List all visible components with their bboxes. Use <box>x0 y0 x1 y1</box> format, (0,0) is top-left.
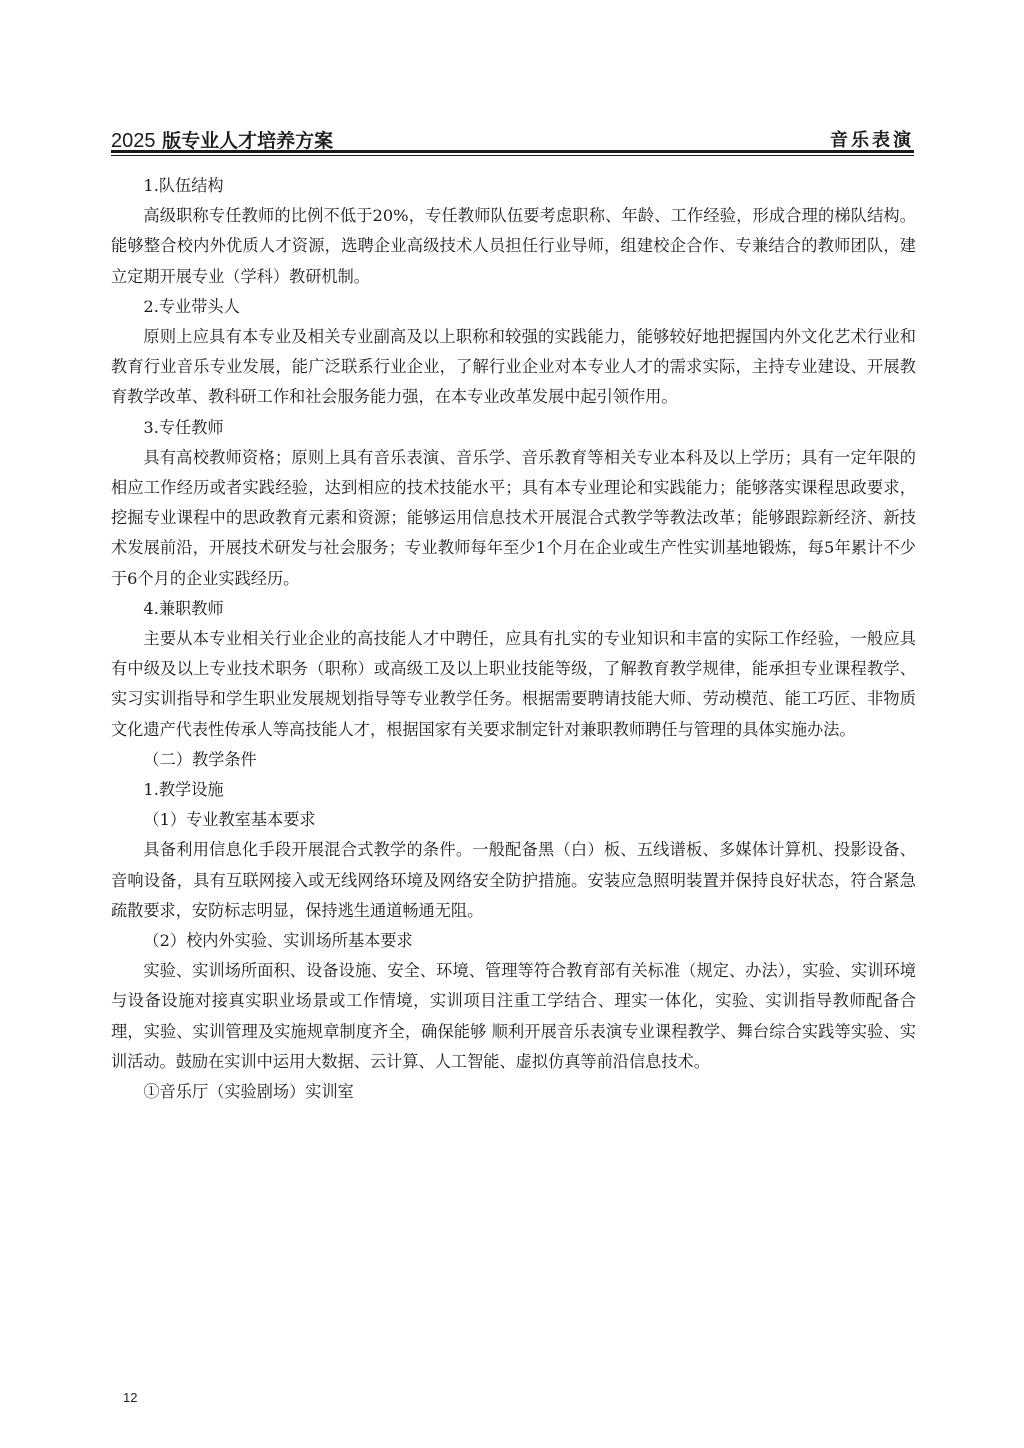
paragraph-program-leader: 原则上应具有本专业及相关专业副高及以上职称和较强的实践能力，能够较好地把握国内外… <box>111 322 916 413</box>
heading-training-site-requirements: （2）校内外实验、实训场所基本要求 <box>111 926 916 956</box>
document-title: 2025 版专业人才培养方案 <box>111 126 333 153</box>
paragraph-training-site-requirements: 实验、实训场所面积、设备设施、安全、环境、管理等符合教育部有关标准（规定、办法）… <box>111 956 916 1077</box>
page-header: 2025 版专业人才培养方案 音乐表演 <box>111 124 914 150</box>
page-body: 1.队伍结构 高级职称专任教师的比例不低于20%，专任教师队伍要考虑职称、年龄、… <box>111 171 916 1107</box>
heading-parttime-teachers: 4.兼职教师 <box>111 594 916 624</box>
document-title-text: 版专业人才培养方案 <box>162 130 333 152</box>
page-number: 12 <box>123 1390 137 1405</box>
paragraph-fulltime-teachers: 具有高校教师资格；原则上具有音乐表演、音乐学、音乐教育等相关专业本科及以上学历；… <box>111 443 916 594</box>
heading-classroom-requirements: （1）专业教室基本要求 <box>111 805 916 835</box>
paragraph-parttime-teachers: 主要从本专业相关行业企业的高技能人才中聘任，应具有扎实的专业知识和丰富的实际工作… <box>111 624 916 745</box>
header-rule-thin <box>111 155 914 156</box>
heading-fulltime-teachers: 3.专任教师 <box>111 413 916 443</box>
paragraph-team-structure: 高级职称专任教师的比例不低于20%，专任教师队伍要考虑职称、年龄、工作经验，形成… <box>111 201 916 292</box>
section-name: 音乐表演 <box>830 126 914 152</box>
heading-concert-hall-lab: ①音乐厅（实验剧场）实训室 <box>111 1077 916 1107</box>
heading-team-structure: 1.队伍结构 <box>111 171 916 201</box>
paragraph-classroom-requirements: 具备利用信息化手段开展混合式教学的条件。一般配备黑（白）板、五线谱板、多媒体计算… <box>111 835 916 926</box>
header-rule-thick <box>111 150 914 153</box>
heading-teaching-facilities: 1.教学设施 <box>111 775 916 805</box>
heading-program-leader: 2.专业带头人 <box>111 292 916 322</box>
heading-teaching-conditions: （二）教学条件 <box>111 745 916 775</box>
document-year: 2025 <box>111 130 156 152</box>
